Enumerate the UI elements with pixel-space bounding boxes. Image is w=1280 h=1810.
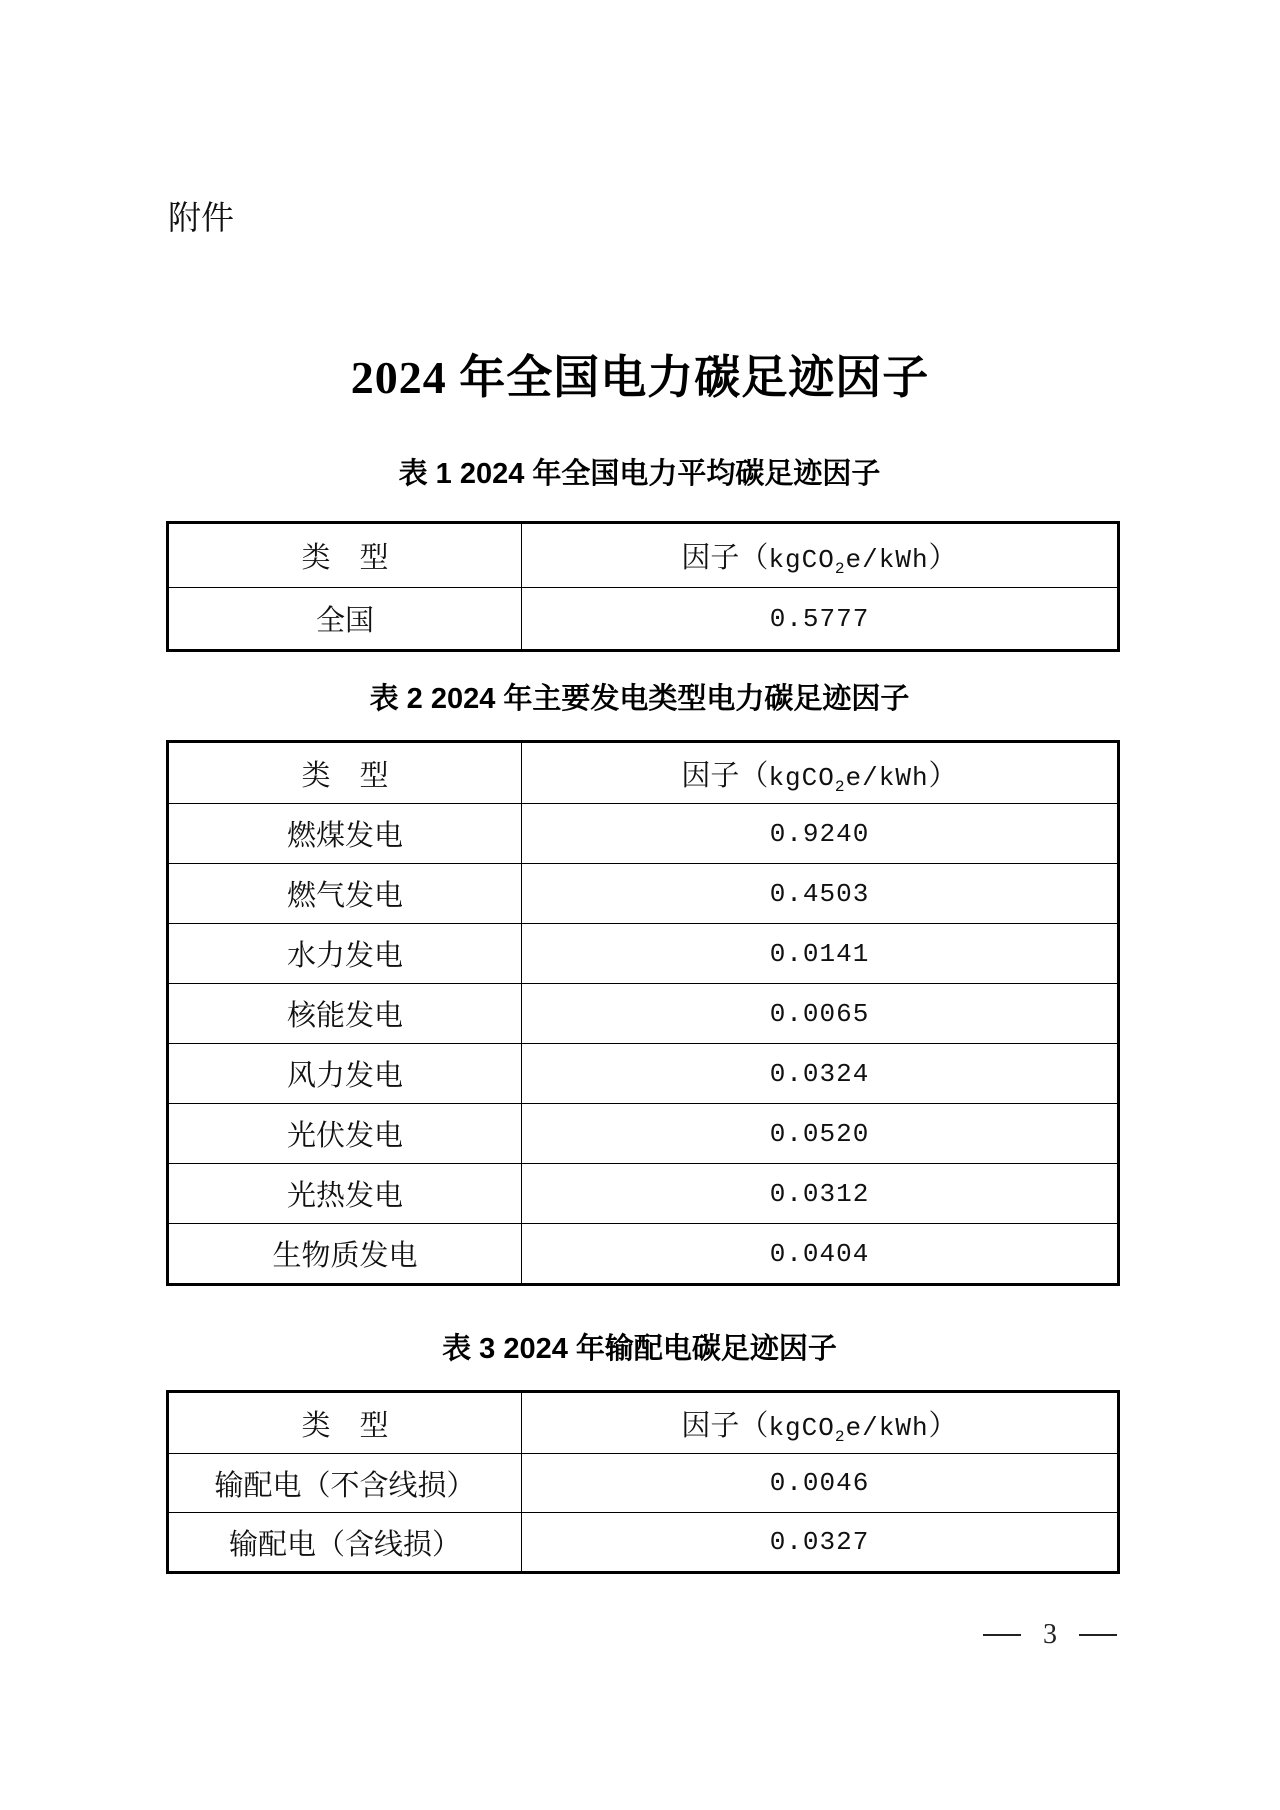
factor-value-cell: 0.0327 (522, 1513, 1119, 1573)
header-cell-type: 类 型 (168, 1392, 522, 1454)
factor-unit: kgCO2e/kWh (768, 545, 928, 575)
header-cell-factor: 因子（kgCO2e/kWh） (522, 742, 1119, 804)
factor-header-label: 因子（ (681, 1410, 768, 1442)
type-cell: 核能发电 (168, 984, 522, 1044)
table-row: 全国 0.5777 (168, 588, 1119, 651)
type-cell: 全国 (168, 588, 522, 651)
factor-value-cell: 0.0324 (522, 1044, 1119, 1104)
factor-value-cell: 0.4503 (522, 864, 1119, 924)
table2-generation-type-factors: 类 型 因子（kgCO2e/kWh） 燃煤发电 0.9240 燃气发电 0.45… (166, 740, 1120, 1286)
page-number: 3 (1043, 1621, 1057, 1649)
type-cell: 光伏发电 (168, 1104, 522, 1164)
table3-transmission-factors: 类 型 因子（kgCO2e/kWh） 输配电（不含线损） 0.0046 输配电（… (166, 1390, 1120, 1574)
header-cell-type: 类 型 (168, 742, 522, 804)
table3-caption: 表 3 2024 年输配电碳足迹因子 (166, 1334, 1113, 1366)
table1-average-factor: 类 型 因子（kgCO2e/kWh） 全国 0.5777 (166, 521, 1120, 652)
type-cell: 输配电（不含线损） (168, 1454, 522, 1513)
table-row: 燃煤发电 0.9240 (168, 804, 1119, 864)
type-cell: 输配电（含线损） (168, 1513, 522, 1573)
table-row: 输配电（不含线损） 0.0046 (168, 1454, 1119, 1513)
type-cell: 生物质发电 (168, 1224, 522, 1285)
factor-unit: kgCO2e/kWh (768, 1413, 928, 1443)
footer-dash-right (1079, 1634, 1117, 1637)
header-cell-type: 类 型 (168, 523, 522, 588)
document-page: 附件 2024 年全国电力碳足迹因子 表 1 2024 年全国电力平均碳足迹因子… (0, 0, 1280, 1810)
factor-value-cell: 0.0065 (522, 984, 1119, 1044)
table2-caption: 表 2 2024 年主要发电类型电力碳足迹因子 (166, 684, 1113, 716)
footer-dash-left (983, 1634, 1021, 1637)
table-row: 风力发电 0.0324 (168, 1044, 1119, 1104)
table-row: 燃气发电 0.4503 (168, 864, 1119, 924)
type-cell: 风力发电 (168, 1044, 522, 1104)
factor-header-label: 因子（ (681, 542, 768, 574)
type-cell: 燃气发电 (168, 864, 522, 924)
table-row: 输配电（含线损） 0.0327 (168, 1513, 1119, 1573)
page-footer: 3 (983, 1618, 1117, 1652)
document-title: 2024 年全国电力碳足迹因子 (0, 352, 1280, 405)
type-cell: 水力发电 (168, 924, 522, 984)
table-header-row: 类 型 因子（kgCO2e/kWh） (168, 742, 1119, 804)
table-row: 核能发电 0.0065 (168, 984, 1119, 1044)
type-header-label: 类 型 (301, 760, 388, 792)
factor-value-cell: 0.0520 (522, 1104, 1119, 1164)
type-cell: 光热发电 (168, 1164, 522, 1224)
factor-value-cell: 0.0141 (522, 924, 1119, 984)
table1-caption: 表 1 2024 年全国电力平均碳足迹因子 (166, 459, 1113, 491)
table-row: 光热发电 0.0312 (168, 1164, 1119, 1224)
table-row: 光伏发电 0.0520 (168, 1104, 1119, 1164)
factor-value-cell: 0.9240 (522, 804, 1119, 864)
header-cell-factor: 因子（kgCO2e/kWh） (522, 523, 1119, 588)
factor-value-cell: 0.0404 (522, 1224, 1119, 1285)
table-header-row: 类 型 因子（kgCO2e/kWh） (168, 523, 1119, 588)
type-cell: 燃煤发电 (168, 804, 522, 864)
factor-header-close: ） (929, 542, 958, 574)
factor-value-cell: 0.0046 (522, 1454, 1119, 1513)
factor-unit: kgCO2e/kWh (768, 763, 928, 793)
factor-value-cell: 0.5777 (522, 588, 1119, 651)
attachment-label: 附件 (168, 200, 234, 236)
factor-header-close: ） (929, 1410, 958, 1442)
header-cell-factor: 因子（kgCO2e/kWh） (522, 1392, 1119, 1454)
type-header-label: 类 型 (301, 542, 388, 574)
factor-header-close: ） (929, 760, 958, 792)
factor-value-cell: 0.0312 (522, 1164, 1119, 1224)
factor-header-label: 因子（ (681, 760, 768, 792)
table-row: 生物质发电 0.0404 (168, 1224, 1119, 1285)
table-row: 水力发电 0.0141 (168, 924, 1119, 984)
type-header-label: 类 型 (301, 1410, 388, 1442)
table-header-row: 类 型 因子（kgCO2e/kWh） (168, 1392, 1119, 1454)
